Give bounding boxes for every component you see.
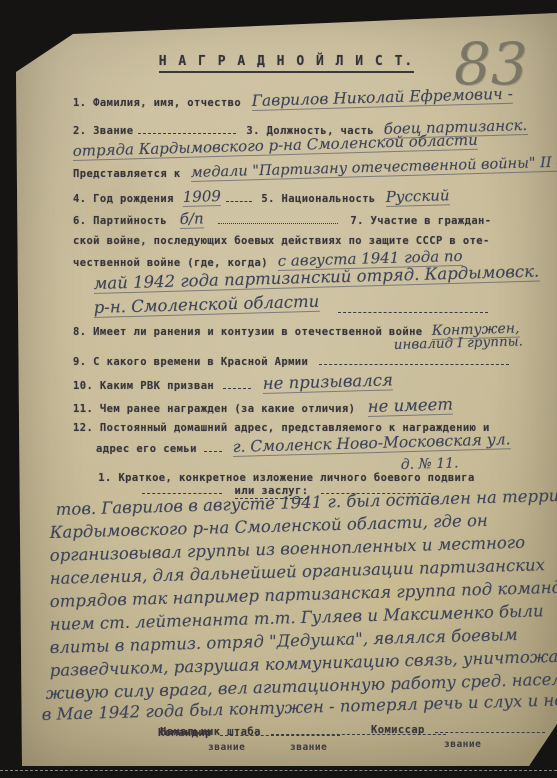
field-previous-awards-value: не имеет bbox=[367, 395, 453, 417]
blank-line bbox=[138, 123, 236, 134]
rank-caption: звание bbox=[290, 742, 327, 753]
chief-label: Начальник штаба bbox=[160, 726, 261, 738]
chief-signature-line bbox=[271, 724, 446, 735]
field-previous-awards: 11. Чем ранее награжден (за какие отличи… bbox=[73, 397, 453, 417]
blank-line bbox=[218, 213, 338, 224]
commissar-signature-line bbox=[435, 722, 545, 733]
signature-commissar-caption: звание bbox=[444, 734, 481, 752]
field-name-label: 1. Фамилия, имя, отчество bbox=[73, 97, 241, 109]
field-address-label-2: адрес его семьи bbox=[96, 443, 197, 455]
field-rvk-value: не призывался bbox=[263, 370, 394, 394]
paper-sheet: 83 Н А Г Р А Д Н О Й Л И С Т. 1. Фамилия… bbox=[16, 8, 557, 766]
field-rvk-label: 10. Каким РВК призван bbox=[73, 380, 214, 392]
field-redarmy-label: 9. С какого времени в Красной Армии bbox=[73, 356, 308, 368]
field-name: 1. Фамилия, имя, отчество Гаврилов Никол… bbox=[73, 92, 513, 111]
field-wounds-label: 8. Имеет ли ранения и контузии в отечест… bbox=[73, 326, 423, 338]
field-previous-awards-label: 11. Чем ранее награжден (за какие отличи… bbox=[73, 403, 355, 415]
rank-caption: звание bbox=[444, 739, 481, 750]
field-wounds-value-2: инвалид I группы. bbox=[394, 333, 524, 353]
field-birth-nationality: 4. Год рождения 1909 5. Национальность Р… bbox=[73, 188, 450, 207]
scanned-award-document: 83 Н А Г Р А Д Н О Й Л И С Т. 1. Фамилия… bbox=[0, 0, 557, 778]
blank-line bbox=[204, 441, 222, 452]
field-participation-line2: ской войне, последующих боевых действиях… bbox=[73, 231, 490, 249]
rank-caption: звание bbox=[208, 742, 245, 753]
blank-line bbox=[338, 302, 488, 313]
field-presented-label: Представляется к bbox=[73, 168, 181, 180]
document-title: Н А Г Р А Д Н О Й Л И С Т. bbox=[159, 54, 415, 73]
field-nationality-label: 5. Национальность bbox=[261, 193, 375, 205]
field-party-value: б/п bbox=[179, 209, 203, 229]
field-participation-line5: р-н. Смоленской области bbox=[94, 298, 488, 318]
field-address-line2: адрес его семьи г. Смоленск Ново-Московс… bbox=[96, 438, 511, 457]
field-party-label: 6. Партийность bbox=[73, 215, 167, 227]
blank-line bbox=[319, 354, 509, 365]
scan-bottom-line bbox=[0, 770, 557, 771]
field-nationality-value: Русский bbox=[386, 186, 450, 207]
field-rvk: 10. Каким РВК призван не призывался bbox=[73, 374, 393, 394]
document-title-row: Н А Г Р А Д Н О Й Л И С Т. bbox=[16, 52, 557, 70]
blank-line bbox=[142, 483, 222, 494]
blank-line bbox=[223, 378, 251, 389]
signature-chief-caption: звание bbox=[290, 737, 327, 755]
field-name-value: Гаврилов Николай Ефремович - bbox=[251, 85, 513, 111]
field-rank-label: 2. Звание bbox=[73, 125, 134, 137]
field-birthyear-label: 4. Год рождения bbox=[73, 193, 174, 205]
blank-line bbox=[226, 191, 252, 202]
field-presented: Представляется к медали "Партизану отече… bbox=[73, 164, 557, 182]
field-birthyear-value: 1909 bbox=[183, 187, 222, 207]
field-participation-label-1: 7. Участие в граждан- bbox=[350, 215, 491, 227]
field-party: 6. Партийность б/п 7. Участие в граждан- bbox=[73, 210, 492, 229]
field-participation-label-3: чественной войне (где, когда) bbox=[73, 257, 268, 269]
field-participation-value-3: р-н. Смоленской области bbox=[93, 292, 319, 318]
field-redarmy: 9. С какого времени в Красной Армии bbox=[73, 352, 509, 370]
field-participation-label-2: ской войне, последующих боевых действиях… bbox=[73, 235, 490, 247]
